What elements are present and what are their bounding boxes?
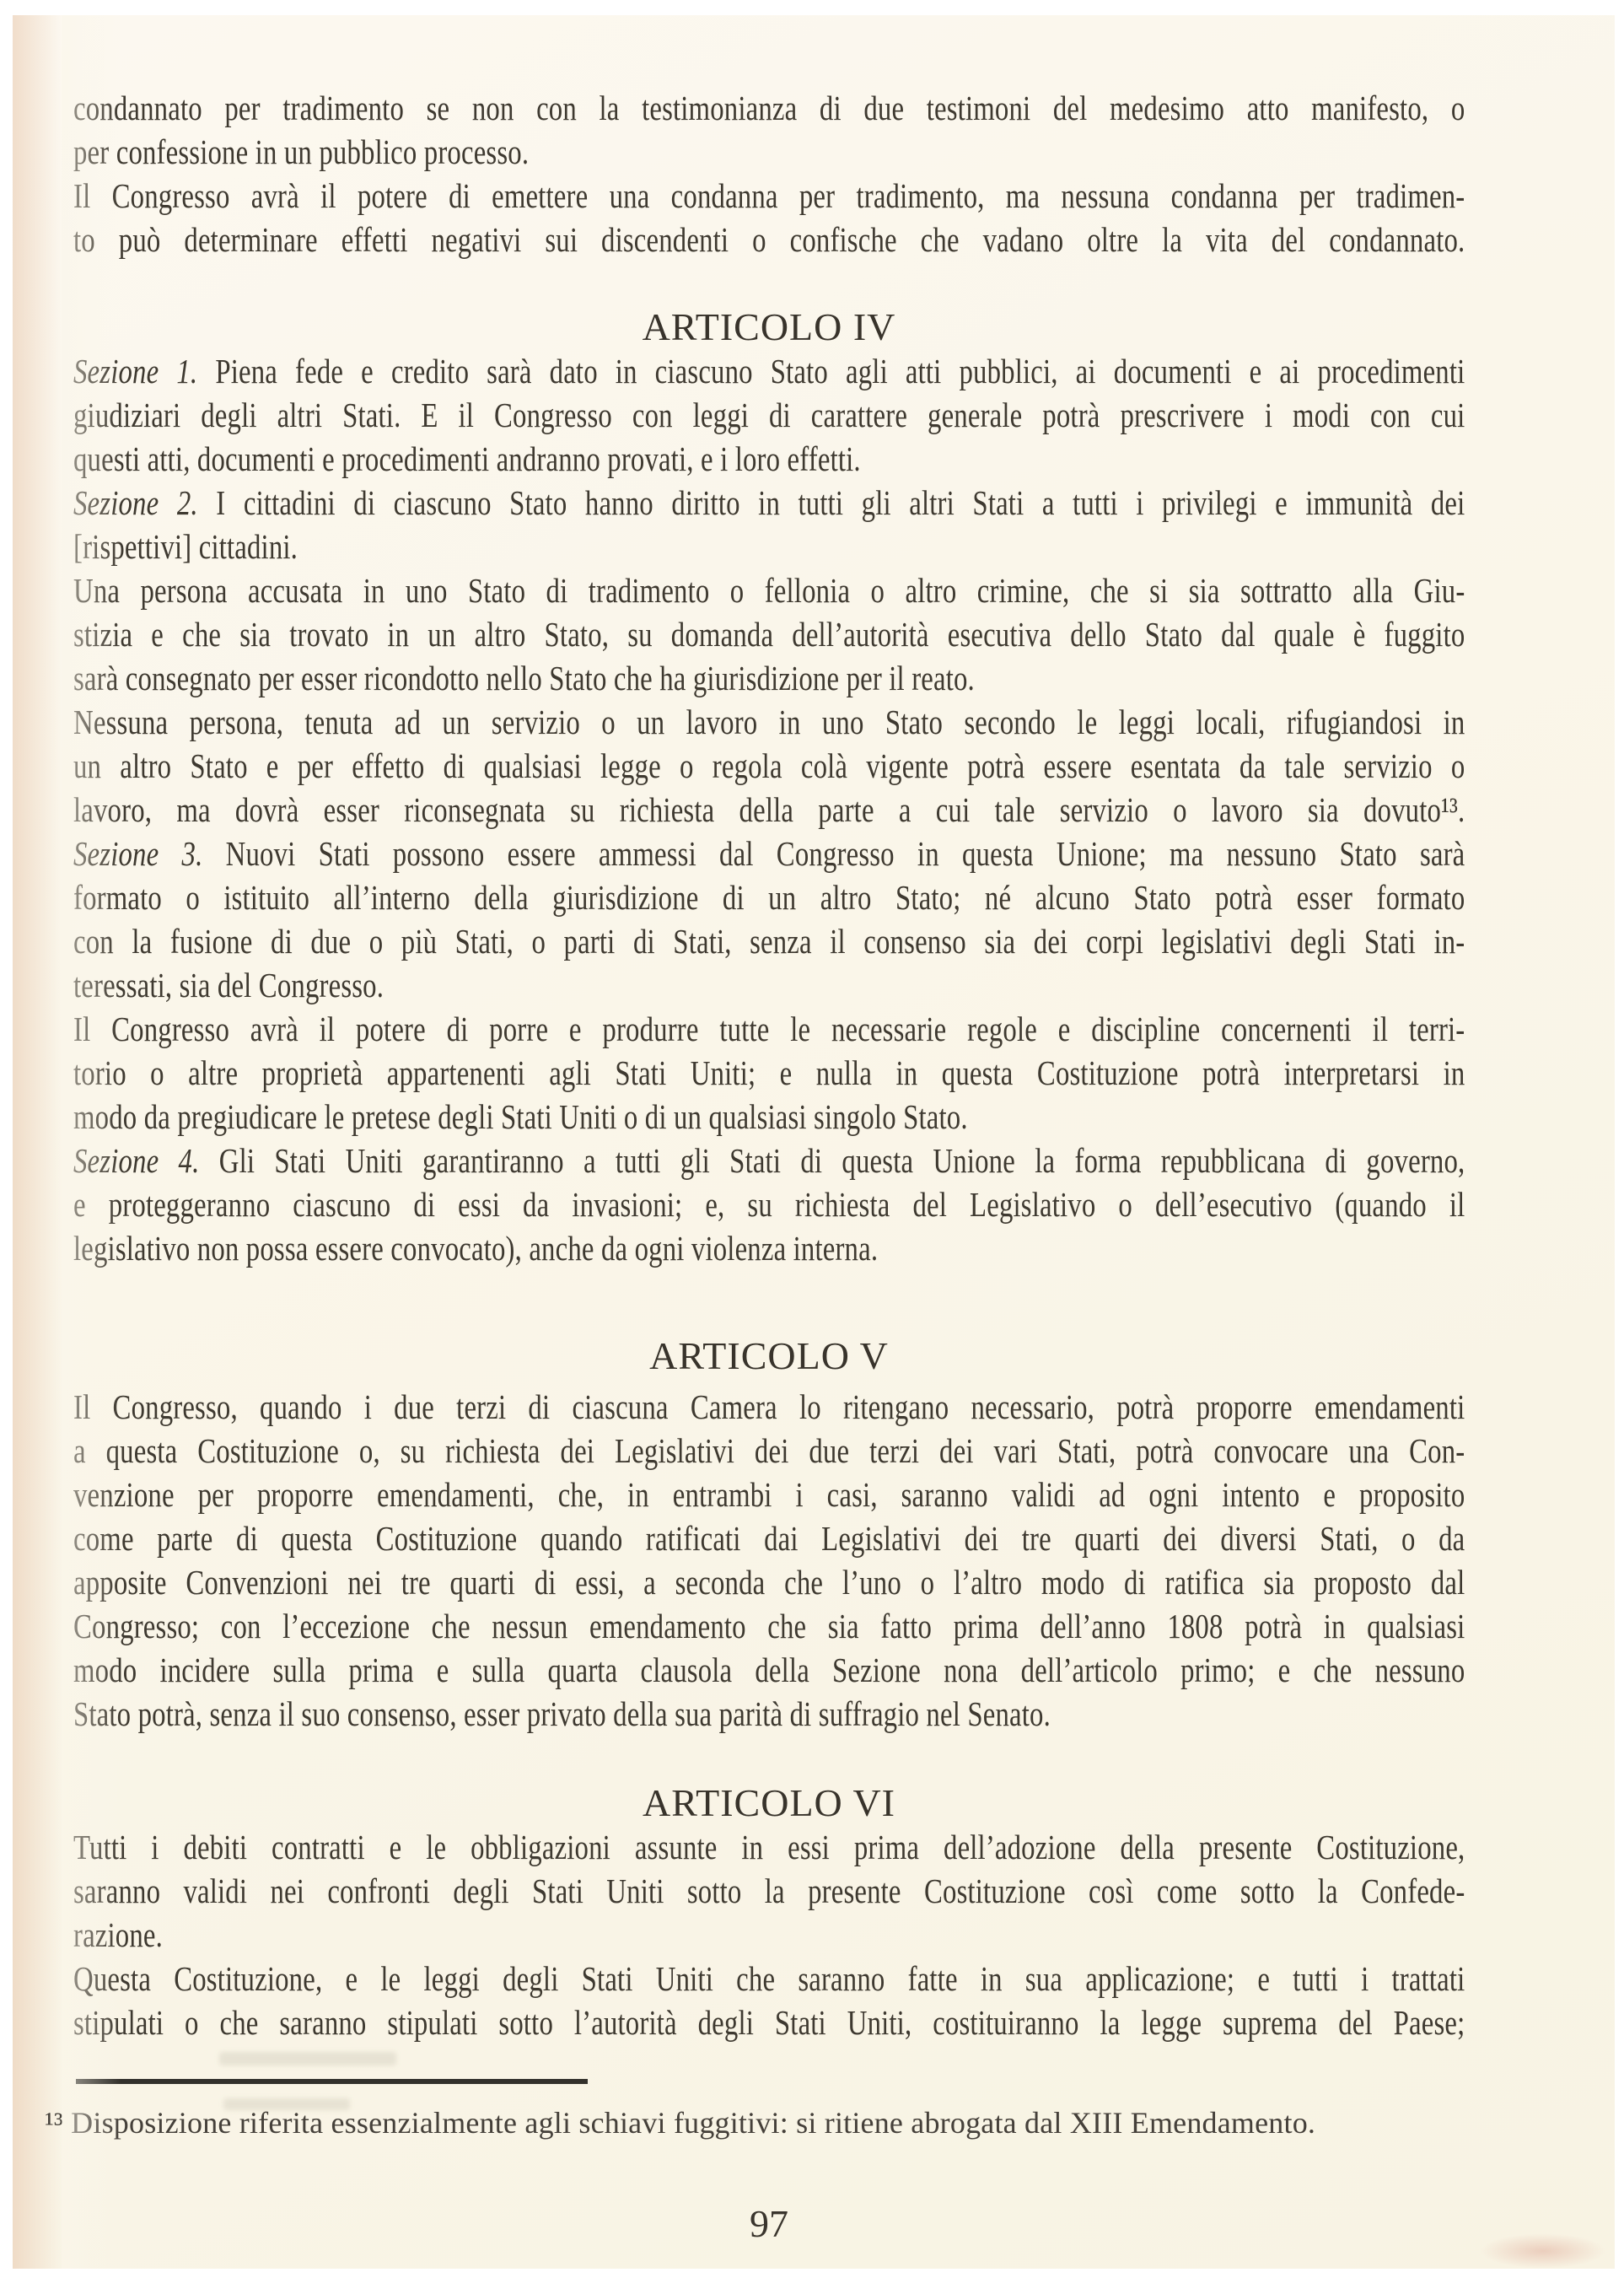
text-line: stizia e che sia trovato in un altro Sta… [73,612,1465,656]
text-line: razione. [73,1913,1465,1957]
paragraph: Questa Costituzione, e le leggi degli St… [73,1957,1465,2044]
text-line: legislativo non possa essere convocato),… [73,1226,1465,1270]
text-line: un altro Stato e per effetto di qualsias… [73,744,1465,788]
text-block: condannato per tradimento se non con la … [73,86,1465,2143]
text-line: Stato potrà, senza il suo consenso, esse… [73,1692,1465,1736]
paragraph-section-4: Sezione 4. Gli Stati Uniti garantiranno … [73,1139,1465,1270]
text-run: Piena fede e credito sarà dato in ciascu… [215,352,1465,390]
text-line: Sezione 1. Piena fede e credito sarà dat… [73,349,1465,393]
text-line: torio o altre proprietà appartenenti agl… [73,1051,1465,1095]
scanned-book-page: { "doc": { "p1": { "lines": [ "condannat… [0,0,1624,2294]
article-heading-vi: ARTICOLO VI [73,1781,1465,1825]
text-line: apposite Convenzioni nei tre quarti di e… [73,1560,1465,1604]
text-line: questi atti, documenti e procedimenti an… [73,437,1465,481]
section-label: Sezione 4. [73,1141,199,1180]
text-line: Il Congresso avrà il potere di emettere … [73,174,1465,218]
text-line: Nessuna persona, tenuta ad un servizio o… [73,700,1465,744]
footnote-rule [76,2079,588,2084]
text-line: [rispettivi] cittadini. [73,525,1465,568]
text-line: Questa Costituzione, e le leggi degli St… [73,1957,1465,2001]
text-run: Nuovi Stati possono essere ammessi dal C… [226,834,1465,873]
text-line: saranno validi nei confronti degli Stati… [73,1869,1465,1913]
text-line: Il Congresso, quando i due terzi di cias… [73,1385,1465,1429]
text-line: per confessione in un pubblico processo. [73,130,1465,174]
text-line: e proteggeranno ciascuno di essi da inva… [73,1182,1465,1226]
text-line: Tutti i debiti contratti e le obbligazio… [73,1825,1465,1869]
text-line: giudiziari degli altri Stati. E il Congr… [73,393,1465,437]
text-line: stipulati o che saranno stipulati sotto … [73,2001,1465,2044]
paragraph: Il Congresso, quando i due terzi di cias… [73,1385,1465,1736]
paragraph: Il Congresso avrà il potere di porre e p… [73,1007,1465,1139]
text-line: Sezione 4. Gli Stati Uniti garantiranno … [73,1139,1465,1182]
paragraph-section-2: Sezione 2. I cittadini di ciascuno Stato… [73,481,1465,568]
text-run: I cittadini di ciascuno Stato hanno diri… [216,483,1465,522]
scan-smudge [1480,2233,1606,2269]
text-line: Una persona accusata in uno Stato di tra… [73,568,1465,612]
text-line: formato o istituito all’interno della gi… [73,875,1465,919]
text-line: Il Congresso avrà il potere di porre e p… [73,1007,1465,1051]
text-line: modo da pregiudicare le pretese degli St… [73,1095,1465,1139]
text-line: modo incidere sulla prima e sulla quarta… [73,1648,1465,1692]
paragraph: Il Congresso avrà il potere di emettere … [73,174,1465,261]
article-heading-v: ARTICOLO V [73,1334,1465,1378]
text-line: venzione per proporre emendamenti, che, … [73,1473,1465,1516]
section-label: Sezione 2. [73,483,198,522]
paragraph: Una persona accusata in uno Stato di tra… [73,568,1465,700]
text-line: a questa Costituzione o, su richiesta de… [73,1429,1465,1473]
text-line: to può determinare effetti negativi sui … [73,218,1465,261]
text-line: Congresso; con l’eccezione che nessun em… [73,1604,1465,1648]
text-run: Gli Stati Uniti garantiranno a tutti gli… [219,1141,1465,1180]
page-number: 97 [73,2201,1465,2246]
paragraph-section-3: Sezione 3. Nuovi Stati possono essere am… [73,832,1465,1007]
text-line: lavoro, ma dovrà esser riconsegnata su r… [73,788,1465,832]
footnote: ¹³ Disposizione riferita essenzialmente … [45,2103,1465,2143]
text-line: condannato per tradimento se non con la … [73,86,1465,130]
page: condannato per tradimento se non con la … [13,15,1615,2269]
article-heading-iv: ARTICOLO IV [73,305,1465,349]
text-line: teressati, sia del Congresso. [73,963,1465,1007]
paragraph: Tutti i debiti contratti e le obbligazio… [73,1825,1465,1957]
section-label: Sezione 3. [73,834,202,873]
text-line: Sezione 2. I cittadini di ciascuno Stato… [73,481,1465,525]
text-line: sarà consegnato per esser ricondotto nel… [73,656,1465,700]
paragraph: condannato per tradimento se non con la … [73,86,1465,174]
text-line: con la fusione di due o più Stati, o par… [73,919,1465,963]
paragraph: Nessuna persona, tenuta ad un servizio o… [73,700,1465,832]
page-left-edge-shadow [13,15,62,2269]
text-line: come parte di questa Costituzione quando… [73,1516,1465,1560]
section-label: Sezione 1. [73,352,197,390]
paragraph-section-1: Sezione 1. Piena fede e credito sarà dat… [73,349,1465,481]
text-line: Sezione 3. Nuovi Stati possono essere am… [73,832,1465,875]
